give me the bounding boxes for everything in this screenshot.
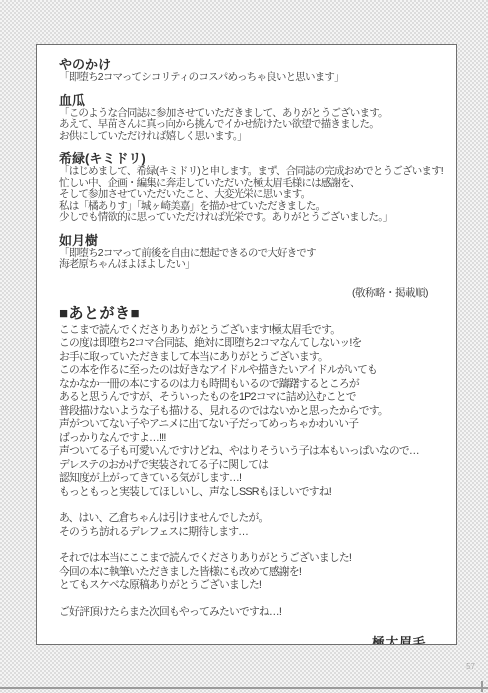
afterword-paragraph: それでは本当にここまで読んでくださりありがとうございました!今回の本に執筆いただ… [59, 552, 444, 593]
afterword-line: 普段描けないような子も描ける、見れるのではないかと思ったからです。 [59, 405, 444, 419]
afterword-line: それでは本当にここまで読んでくださりありがとうございました! [59, 552, 444, 566]
afterword-line: あると思うんですが、そういったものを1P2コマに詰め込むことで [59, 391, 444, 405]
afterword-line: お手に取っていただきまして本当にありがとうございます。 [59, 351, 444, 365]
commenter-name: やのかけ [59, 58, 444, 72]
comment-block: 如月樹「即堕ち2コマって前後を自由に想起できるので大好きです海老原ちゃんほよほよ… [59, 234, 444, 271]
afterword-body: ここまで読んでくださりありがとうございます!極太眉毛です。この度は即堕ち2コマ合… [59, 324, 444, 620]
comment-line: お供にしていただければ嬉しく思います。」 [59, 131, 444, 143]
afterword-line: ばっかりなんですよ…!!! [59, 432, 444, 446]
credit-note: (敬称略・掲載順) [59, 285, 428, 300]
afterword-line: デレステのおかげで実装されてる子に関しては [59, 459, 444, 473]
comment-line: 「はじめまして、希緑(キミドリ)と申します。まず、合同誌の完成おめでとうございま… [59, 166, 444, 178]
comment-block: やのかけ「即堕ち2コマってシコリティのコスパめっちゃ良いと思います」 [59, 58, 444, 84]
commenter-name: 希緑(キミドリ) [59, 152, 444, 166]
afterword-line: ここまで読んでくださりありがとうございます!極太眉毛です。 [59, 324, 444, 338]
afterword-line: 声ついてる子も可愛いんですけどね、やはりそういう子は本もいっぱいなので… [59, 445, 444, 459]
comment-line: そして参加させていただいたこと、大変光栄に思います。 [59, 189, 444, 201]
comment-block: 血瓜「このような合同誌に参加させていただきまして、ありがとうございます。あえて、… [59, 94, 444, 143]
comments-list: やのかけ「即堕ち2コマってシコリティのコスパめっちゃ良いと思います」血瓜「このよ… [59, 58, 444, 271]
page-number: 57 [466, 662, 475, 671]
author-signature: 極太眉毛 [59, 632, 426, 645]
comment-line: 「即堕ち2コマってシコリティのコスパめっちゃ良いと思います」 [59, 72, 444, 84]
afterword-line: そのうち訪れるデレフェスに期待します… [59, 526, 444, 540]
afterword-line: この度は即堕ち2コマ合同誌、絶対に即堕ち2コマなんてしないッ!を [59, 337, 444, 351]
afterword-sheet: やのかけ「即堕ち2コマってシコリティのコスパめっちゃ良いと思います」血瓜「このよ… [36, 44, 457, 645]
afterword-line: 今回の本に執筆いただきました皆様にも改めて感謝を! [59, 566, 444, 580]
comment-line: 少しでも情欲的に思っていただければ光栄です。ありがとうございました。」 [59, 212, 444, 224]
bottom-trim-line [0, 687, 488, 689]
afterword-line: 声がついてない子やアニメに出てない子だってめっちゃかわいい子 [59, 418, 444, 432]
afterword-line: もっともっと実装してほしいし、声なしSSRもほしいですね! [59, 486, 444, 500]
comment-line: あえて、早苗さんに真っ向から挑んでイかせ続けたい欲望で描きました。 [59, 119, 444, 131]
afterword-paragraph: あ、はい、乙倉ちゃんは引けませんでしたが。そのうち訪れるデレフェスに期待します… [59, 512, 444, 539]
corner-trim-mark [481, 681, 483, 692]
afterword-line: なかなか一冊の本にするのは力も時間もいるので躊躇するところが [59, 378, 444, 392]
afterword-line: この本を作るに至ったのは好きなアイドルや描きたいアイドルがいても [59, 364, 444, 378]
comment-line: 海老原ちゃんほよほよしたい」 [59, 259, 444, 271]
afterword-line: 認知度が上がってきている気がします…! [59, 472, 444, 486]
afterword-heading: ■あとがき■ [59, 306, 444, 322]
afterword-line: とてもスケベな原稿ありがとうございました! [59, 579, 444, 593]
afterword-line: あ、はい、乙倉ちゃんは引けませんでしたが。 [59, 512, 444, 526]
commenter-name: 如月樹 [59, 234, 444, 248]
comment-block: 希緑(キミドリ)「はじめまして、希緑(キミドリ)と申します。まず、合同誌の完成お… [59, 152, 444, 224]
afterword-line: ご好評頂けたらまた次回もやってみたいですね…! [59, 606, 444, 620]
commenter-name: 血瓜 [59, 94, 444, 108]
afterword-paragraph: ここまで読んでくださりありがとうございます!極太眉毛です。この度は即堕ち2コマ合… [59, 324, 444, 500]
afterword-paragraph: ご好評頂けたらまた次回もやってみたいですね…! [59, 606, 444, 620]
